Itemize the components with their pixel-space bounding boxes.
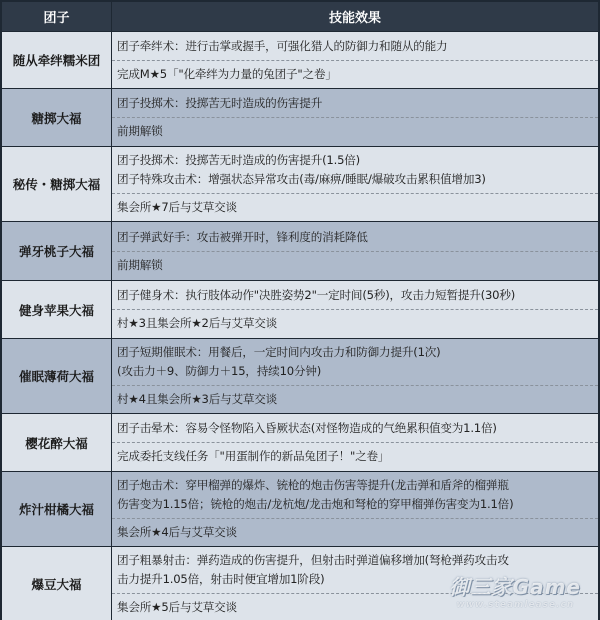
unlock-condition: 前期解锁 <box>112 251 598 279</box>
skill-effect-cell: 团子炮击术：穿甲榴弹的爆炸、铳枪的炮击伤害等提升(龙击弹和盾斧的榴弹瓶伤害变为1… <box>112 472 599 547</box>
text-line: 团子健身术：执行肢体动作"决胜姿势2"一定时间(5秒)，攻击力短暂提升(30秒) <box>112 286 598 305</box>
text-line: 村★4且集会所★3后与艾草交谈 <box>112 390 598 409</box>
table-row: 秘传・糖掷大福团子投掷术：投掷苦无时造成的伤害提升(1.5倍)团子特殊攻击术：增… <box>2 147 599 222</box>
skill-effect-cell: 团子短期催眠术：用餐后，一定时间内攻击力和防御力提升(1次)(攻击力＋9、防御力… <box>112 339 599 414</box>
text-line: 集会所★7后与艾草交谈 <box>112 198 598 217</box>
text-line: 团子投掷术：投掷苦无时造成的伤害提升 <box>112 94 598 113</box>
text-line: 伤害变为1.15倍；铳枪的炮击/龙杭炮/龙击炮和弩枪的穿甲榴弹伤害变为1.1倍) <box>112 495 598 514</box>
text-line: 团子炮击术：穿甲榴弹的爆炸、铳枪的炮击伤害等提升(龙击弹和盾斧的榴弹瓶 <box>112 476 598 495</box>
unlock-condition: 前期解锁 <box>112 117 598 145</box>
text-line: 团子短期催眠术：用餐后，一定时间内攻击力和防御力提升(1次) <box>112 343 598 362</box>
skill-effect-cell: 团子粗暴射击：弹药造成的伤害提升，但射击时弹道偏移增加(弩枪弹药攻击攻击力提升1… <box>112 547 599 620</box>
dango-name: 催眠薄荷大福 <box>2 339 112 414</box>
unlock-condition: 完成委托支线任务「"用蛋制作的新品兔团子！"之卷」 <box>112 442 598 470</box>
text-line: 集会所★5后与艾草交谈 <box>112 598 598 617</box>
text-line: (攻击力＋9、防御力＋15，持续10分钟) <box>112 362 598 381</box>
unlock-condition: 集会所★7后与艾草交谈 <box>112 193 598 221</box>
skill-effect-cell: 团子牵绊术：进行击掌或握手，可强化猎人的防御力和随从的能力完成M★5「"化牵绊为… <box>112 32 599 89</box>
text-line: 前期解锁 <box>112 122 598 141</box>
unlock-condition: 村★3且集会所★2后与艾草交谈 <box>112 309 598 337</box>
text-line: 团子击晕术：容易令怪物陷入昏厥状态(对怪物造成的气绝累积值变为1.1倍) <box>112 419 598 438</box>
skill-description: 团子击晕术：容易令怪物陷入昏厥状态(对怪物造成的气绝累积值变为1.1倍) <box>112 415 598 442</box>
text-line: 击力提升1.05倍，射击时便宜增加1阶段) <box>112 570 598 589</box>
text-line: 团子粗暴射击：弹药造成的伤害提升，但射击时弹道偏移增加(弩枪弹药攻击攻 <box>112 551 598 570</box>
text-line: 团子特殊攻击术：增强状态异常攻击(毒/麻痹/睡眠/爆破攻击累积值增加3) <box>112 170 598 189</box>
table-row: 健身苹果大福团子健身术：执行肢体动作"决胜姿势2"一定时间(5秒)，攻击力短暂提… <box>2 281 599 339</box>
text-line: 村★3且集会所★2后与艾草交谈 <box>112 314 598 333</box>
skill-effect-cell: 团子弹武好手：攻击被弹开时，锋利度的消耗降低前期解锁 <box>112 222 599 281</box>
unlock-condition: 村★4且集会所★3后与艾草交谈 <box>112 385 598 413</box>
dango-name: 健身苹果大福 <box>2 281 112 339</box>
dango-name: 弹牙桃子大福 <box>2 222 112 281</box>
table-row: 糖掷大福团子投掷术：投掷苦无时造成的伤害提升前期解锁 <box>2 89 599 147</box>
skill-description: 团子投掷术：投掷苦无时造成的伤害提升(1.5倍)团子特殊攻击术：增强状态异常攻击… <box>112 147 598 193</box>
skill-description: 团子粗暴射击：弹药造成的伤害提升，但射击时弹道偏移增加(弩枪弹药攻击攻击力提升1… <box>112 547 598 593</box>
table-row: 弹牙桃子大福团子弹武好手：攻击被弹开时，锋利度的消耗降低前期解锁 <box>2 222 599 281</box>
skill-effect-cell: 团子击晕术：容易令怪物陷入昏厥状态(对怪物造成的气绝累积值变为1.1倍)完成委托… <box>112 414 599 472</box>
table-row: 催眠薄荷大福团子短期催眠术：用餐后，一定时间内攻击力和防御力提升(1次)(攻击力… <box>2 339 599 414</box>
unlock-condition: 集会所★4后与艾草交谈 <box>112 518 598 546</box>
dango-name: 随从牵绊糯米团 <box>2 32 112 89</box>
dango-name: 糖掷大福 <box>2 89 112 147</box>
skill-effect-cell: 团子投掷术：投掷苦无时造成的伤害提升前期解锁 <box>112 89 599 147</box>
table-row: 随从牵绊糯米团团子牵绊术：进行击掌或握手，可强化猎人的防御力和随从的能力完成M★… <box>2 32 599 89</box>
dango-name: 秘传・糖掷大福 <box>2 147 112 222</box>
table-row: 炸汁柑橘大福团子炮击术：穿甲榴弹的爆炸、铳枪的炮击伤害等提升(龙击弹和盾斧的榴弹… <box>2 472 599 547</box>
skill-description: 团子牵绊术：进行击掌或握手，可强化猎人的防御力和随从的能力 <box>112 33 598 60</box>
unlock-condition: 集会所★5后与艾草交谈 <box>112 593 598 620</box>
dango-name: 炸汁柑橘大福 <box>2 472 112 547</box>
text-line: 集会所★4后与艾草交谈 <box>112 523 598 542</box>
text-line: 团子牵绊术：进行击掌或握手，可强化猎人的防御力和随从的能力 <box>112 37 598 56</box>
unlock-condition: 完成M★5「"化牵绊为力量的兔团子"之卷」 <box>112 60 598 88</box>
skill-description: 团子弹武好手：攻击被弹开时，锋利度的消耗降低 <box>112 224 598 251</box>
table-row: 爆豆大福团子粗暴射击：弹药造成的伤害提升，但射击时弹道偏移增加(弩枪弹药攻击攻击… <box>2 547 599 620</box>
skill-description: 团子炮击术：穿甲榴弹的爆炸、铳枪的炮击伤害等提升(龙击弹和盾斧的榴弹瓶伤害变为1… <box>112 472 598 518</box>
table-body: 随从牵绊糯米团团子牵绊术：进行击掌或握手，可强化猎人的防御力和随从的能力完成M★… <box>2 32 599 620</box>
skill-description: 团子短期催眠术：用餐后，一定时间内攻击力和防御力提升(1次)(攻击力＋9、防御力… <box>112 339 598 385</box>
table-row: 樱花醉大福团子击晕术：容易令怪物陷入昏厥状态(对怪物造成的气绝累积值变为1.1倍… <box>2 414 599 472</box>
header-skill-effect: 技能效果 <box>112 2 599 32</box>
skill-description: 团子健身术：执行肢体动作"决胜姿势2"一定时间(5秒)，攻击力短暂提升(30秒) <box>112 282 598 309</box>
dango-name: 爆豆大福 <box>2 547 112 620</box>
text-line: 前期解锁 <box>112 256 598 275</box>
dango-skills-table-wrapper: 团子 技能效果 随从牵绊糯米团团子牵绊术：进行击掌或握手，可强化猎人的防御力和随… <box>0 0 600 620</box>
table-header-row: 团子 技能效果 <box>2 2 599 32</box>
skill-effect-cell: 团子投掷术：投掷苦无时造成的伤害提升(1.5倍)团子特殊攻击术：增强状态异常攻击… <box>112 147 599 222</box>
text-line: 完成委托支线任务「"用蛋制作的新品兔团子！"之卷」 <box>112 447 598 466</box>
dango-name: 樱花醉大福 <box>2 414 112 472</box>
header-dango: 团子 <box>2 2 112 32</box>
skill-effect-cell: 团子健身术：执行肢体动作"决胜姿势2"一定时间(5秒)，攻击力短暂提升(30秒)… <box>112 281 599 339</box>
text-line: 团子投掷术：投掷苦无时造成的伤害提升(1.5倍) <box>112 151 598 170</box>
text-line: 团子弹武好手：攻击被弹开时，锋利度的消耗降低 <box>112 228 598 247</box>
dango-skills-table: 团子 技能效果 随从牵绊糯米团团子牵绊术：进行击掌或握手，可强化猎人的防御力和随… <box>1 1 599 620</box>
text-line: 完成M★5「"化牵绊为力量的兔团子"之卷」 <box>112 65 598 84</box>
skill-description: 团子投掷术：投掷苦无时造成的伤害提升 <box>112 90 598 117</box>
